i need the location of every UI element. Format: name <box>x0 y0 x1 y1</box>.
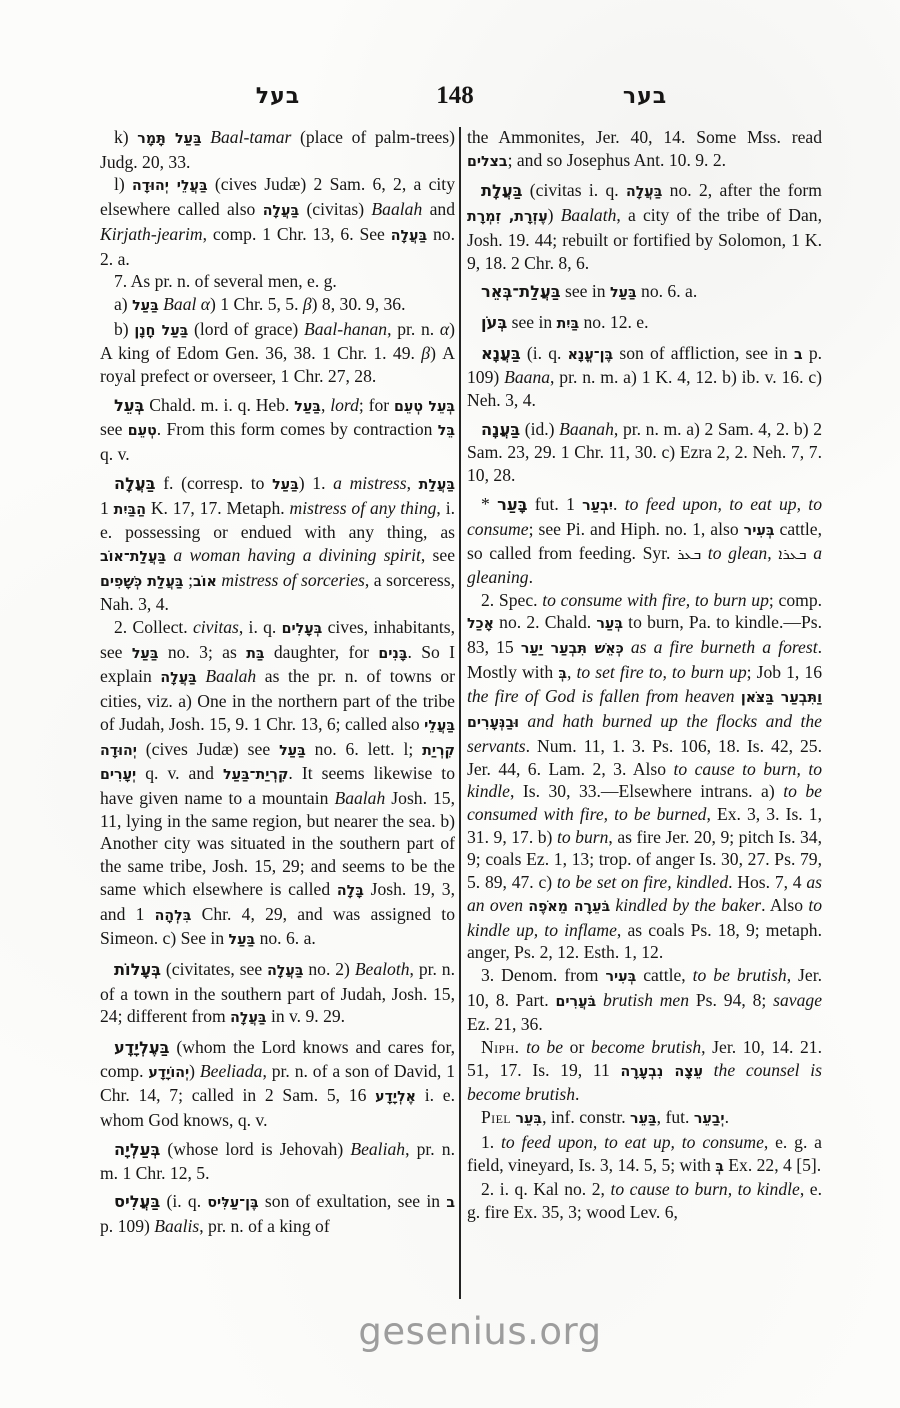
italic-text: Baalah <box>334 788 385 808</box>
paragraph: בַּעֲנָא (i. q. בֶּן־עֳנָא son of afflic… <box>467 342 822 412</box>
paragraph: בַּעֲלִיס (i. q. בֶּן־עַלִּיס son of exu… <box>100 1190 455 1237</box>
column-divider-rule <box>459 127 461 1299</box>
text-segment: Chald. m. i. q. Heb. <box>144 395 294 415</box>
text-segment: no. 2, after the form <box>662 180 822 200</box>
hebrew-headword: בַּעֲנָא <box>481 344 521 363</box>
text-segment: f. (corresp. to <box>156 473 273 493</box>
italic-text: to be set on fire, kindled <box>557 872 728 892</box>
text-segment: ) 1 Chr. 5, 5. <box>210 294 303 314</box>
text-segment: Ps. 94, 8; <box>689 990 773 1010</box>
hebrew-headword: בַּעֲלָת <box>481 181 522 200</box>
text-segment: daughter, for <box>265 642 379 662</box>
hebrew-headword: בָּעַר <box>497 495 527 514</box>
italic-text: to feed upon, to eat up, to consume <box>501 1132 764 1152</box>
text-segment: , comp. 1 Chr. 13, 6. See <box>203 224 391 244</box>
text-segment: see <box>100 419 128 439</box>
hebrew-word: בֵּל <box>438 423 455 439</box>
text-segment: . <box>529 567 533 587</box>
italic-text: Baal <box>159 294 197 314</box>
hebrew-word: כְּאֵשׁ תִּבְעַר יַעַר <box>521 641 624 657</box>
italic-text: Bealoth <box>355 959 410 979</box>
text-segment: , pr. n. of a king of <box>199 1216 329 1236</box>
text-segment: , i. q. <box>239 617 282 637</box>
paragraph: a) בַּעַל Baal α) 1 Chr. 5, 5. β) 8, 30.… <box>100 293 455 318</box>
hebrew-word: בַּעַל <box>610 285 637 301</box>
hebrew-headword: בַּעֲלָה <box>114 474 156 493</box>
paragraph: * בָּעַר fut. יִבְעַר 1. to feed upon, t… <box>467 493 822 589</box>
text-segment: , <box>407 473 419 493</box>
text-segment: 2. Spec. <box>481 590 542 610</box>
text-segment: no. 3; as <box>158 642 246 662</box>
text-segment: 2. i. q. Kal no. 2, <box>481 1179 610 1199</box>
text-segment: 2. Collect. <box>114 617 193 637</box>
text-segment: cattle, <box>636 965 692 985</box>
text-segment: son of exultation, see in <box>259 1191 447 1211</box>
text-segment: l) <box>114 174 132 194</box>
italic-text: Baal-tamar <box>202 127 300 147</box>
paragraph: 3. Denom. from בְּעִיר cattle, to be bru… <box>467 964 822 1036</box>
hebrew-word: בְּעִיר <box>744 523 775 539</box>
hebrew-word: יְבַעֵר <box>694 1111 725 1127</box>
text-segment: ) <box>548 205 561 225</box>
text-segment: no. 2) <box>303 959 354 979</box>
italic-text: Kirjath-jearim <box>100 224 203 244</box>
italic-text: savage <box>773 990 822 1010</box>
hebrew-word: יִבְעַר <box>582 498 613 514</box>
text-segment: (civitas i. q. <box>522 180 625 200</box>
hebrew-word: בַּעֲלָה <box>230 1010 266 1026</box>
italic-text: a mistress <box>333 473 406 493</box>
hebrew-headword: בַּעֶלְיָדָע <box>114 1038 170 1057</box>
italic-text: Bealiah <box>350 1139 405 1159</box>
text-segment: , pr. n. <box>387 319 440 339</box>
text-segment: (i. q. <box>521 343 568 363</box>
italic-text: to burn <box>557 827 608 847</box>
hebrew-word: בַּעֲלַת כְּשָׁפִים <box>100 574 184 590</box>
hebrew-word: בַּעַל <box>132 646 159 662</box>
italic-text: Baal-hanan <box>304 319 387 339</box>
text-segment: ; for <box>359 395 394 415</box>
hebrew-headword: בְּעָלוֹת <box>114 960 161 979</box>
hebrew-word: בַּעַל חָנָן <box>134 323 188 339</box>
text-segment: (whose lord is Jehovah) <box>160 1139 350 1159</box>
hebrew-word: ב <box>794 347 803 363</box>
text-segment: a) <box>114 294 132 314</box>
paragraph: 7. As pr. n. of several men, e. g. <box>100 270 455 293</box>
paragraph: בְּעֹן see in בַּיִת no. 12. e. <box>467 311 822 336</box>
hebrew-word: בַּעֲלָה <box>391 228 427 244</box>
text-segment: . Also <box>761 895 808 915</box>
paragraph: בַּעֲנָה (id.) Baanah, pr. n. m. a) 2 Sa… <box>467 418 822 487</box>
hebrew-headword: בַּעֲלִיס <box>114 1192 160 1211</box>
hebrew-word: בַּת <box>246 646 264 662</box>
text-segment: (cives Judæ) see <box>137 739 279 759</box>
paragraph: k) בַּעַל תָּמָר Baal-tamar (place of pa… <box>100 126 455 173</box>
text-segment: q. v. and <box>136 763 223 783</box>
hebrew-word: בֹּעֵרָה מֵאֹפֶה <box>528 899 610 915</box>
italic-text: lord <box>330 395 359 415</box>
hebrew-word: בְּעִיר <box>605 969 636 985</box>
text-segment: no. 2. Chald. <box>494 612 596 632</box>
text-segment: , see <box>421 545 455 565</box>
text-segment: (id.) <box>520 419 559 439</box>
hebrew-headword: בַּעֲלַת־בְּאֵר <box>481 282 561 301</box>
paragraph: Piel בִּעֵר, inf. constr. בַּעֵר, fut. י… <box>467 1106 822 1131</box>
hebrew-word: בִּלְהָה <box>155 908 192 924</box>
italic-text: Baalah <box>371 199 422 219</box>
text-segment: ) 8, 30. 9, 36. <box>312 294 406 314</box>
paragraph: בְּעָלוֹת (civitates, see בַּעֲלָה no. 2… <box>100 958 455 1030</box>
text-segment: (civitas) <box>299 199 371 219</box>
paragraph: 2. i. q. Kal no. 2, to cause to burn, to… <box>467 1178 822 1223</box>
hebrew-word: ב <box>446 1195 455 1211</box>
hebrew-word: בִּעֵר <box>515 1111 542 1127</box>
text-segment: , Is. 30, 33.—Elsewhere intrans. a) <box>510 781 783 801</box>
italic-text: civitas <box>193 617 239 637</box>
paragraph: 2. Collect. civitas, i. q. בְּעָלִים civ… <box>100 616 455 952</box>
hebrew-word: בַּעֲלָה <box>160 670 196 686</box>
hebrew-word: בַּעֲלָה <box>626 184 662 200</box>
text-segment: , inf. constr. <box>542 1107 630 1127</box>
italic-text: Baalah <box>197 666 256 686</box>
paragraph: b) בַּעַל חָנָן (lord of grace) Baal-han… <box>100 318 455 388</box>
hebrew-word: בְּ <box>715 1159 724 1175</box>
text-segment: no. 12. e. <box>579 312 648 332</box>
italic-text: to cause to burn, to kindle <box>610 1179 799 1199</box>
text-segment: Ex. 22, 4 [5]. <box>724 1155 821 1175</box>
text-segment: . <box>725 1107 729 1127</box>
italic-text: Beeliada <box>200 1061 263 1081</box>
italic-text: to be brutish <box>693 965 787 985</box>
italic-text: mistress of sorceries <box>217 570 365 590</box>
hebrew-word: בָּלָה <box>337 883 364 899</box>
hebrew-headword: בְּעַלְיָה <box>114 1140 160 1159</box>
hebrew-word: אֶלְיָדָע <box>375 1089 416 1105</box>
syriac-word: ܒܥܪ <box>677 545 701 563</box>
hebrew-headword: בְּעֹן <box>481 313 507 332</box>
text-segment: , fut. <box>657 1107 694 1127</box>
text-segment: , <box>321 395 330 415</box>
hebrew-word: עֶזְרָת, זִמְרָת <box>467 209 548 225</box>
text-column-left: k) בַּעַל תָּמָר Baal-tamar (place of pa… <box>100 126 455 1304</box>
text-segment: ; comp. <box>769 590 822 610</box>
paragraph: l) בַּעֲלֵי יְהוּדָה (cives Judæ) 2 Sam.… <box>100 173 455 270</box>
italic-text: to glean, <box>701 543 778 563</box>
hebrew-word: בַּעַל <box>294 399 321 415</box>
text-segment: son of affliction, see in <box>613 343 794 363</box>
italic-text: Baana <box>504 367 550 387</box>
paragraph: the Ammonites, Jer. 40, 14. Some Mss. re… <box>467 126 822 173</box>
paragraph: בַּעֶלְיָדָע (whom the Lord knows and ca… <box>100 1036 455 1132</box>
text-segment: q. v. <box>100 444 130 464</box>
text-segment: ) 1. <box>299 473 333 493</box>
italic-text: Baanah <box>559 419 614 439</box>
text-segment: 3. Denom. from <box>481 965 605 985</box>
text-segment: k) <box>114 127 137 147</box>
italic-text: brutish men <box>596 990 689 1010</box>
text-segment: ; Job 1, 16 <box>747 662 822 682</box>
text-segment: see in <box>507 312 556 332</box>
paragraph: בְּעַלְיָה (whose lord is Jehovah) Beali… <box>100 1138 455 1184</box>
text-segment: ; <box>184 570 193 590</box>
italic-text: become brutish <box>591 1037 701 1057</box>
text-segment: Ez. 21, 36. <box>467 1014 543 1034</box>
paragraph: בְּעֵל Chald. m. i. q. Heb. בַּעַל, lord… <box>100 394 455 466</box>
italic-text: Baalath <box>561 205 617 225</box>
italic-text: α <box>201 294 210 314</box>
hebrew-word: בַּעֲלַת־אוֹב <box>100 549 166 565</box>
hebrew-word: בַּעַל תָּמָר <box>137 131 201 147</box>
text-segment: fut. <box>528 494 567 514</box>
text-segment: (civitates, see <box>161 959 267 979</box>
text-segment: or <box>563 1037 591 1057</box>
hebrew-word: בֹּעֲרִים <box>555 994 596 1010</box>
paragraph: Niph. to be or become brutish, Jer. 10, … <box>467 1036 822 1106</box>
text-segment: * <box>481 494 497 514</box>
text-segment: see in <box>561 281 610 301</box>
paragraph: 2. Spec. to consume with fire, to burn u… <box>467 589 822 964</box>
text-segment: ) <box>189 1061 200 1081</box>
hebrew-headword: בַּעֲנָה <box>481 420 520 439</box>
text-segment: no. 6. a. <box>255 928 316 948</box>
hebrew-word: בַּעַל <box>132 298 159 314</box>
grammar-form-label: Piel <box>481 1107 511 1127</box>
header-keyword-right: בער <box>467 84 823 110</box>
text-segment: (lord of grace) <box>188 319 304 339</box>
hebrew-word: בַּעֲלָה <box>263 203 299 219</box>
text-segment: ; and so Josephus Ant. 10. 9. 2. <box>508 150 726 170</box>
grammar-form-label: Niph. <box>481 1037 519 1057</box>
syriac-word: ܒܥܪܐ <box>778 545 806 563</box>
italic-text: β <box>303 294 312 314</box>
italic-text: the fire of God is fallen from heaven <box>467 686 735 706</box>
hebrew-word: טְעֵם <box>128 423 157 439</box>
hebrew-word: בָּנִים <box>378 646 407 662</box>
text-segment: no. 6. a. <box>637 281 698 301</box>
hebrew-word: בַּעַל <box>279 743 306 759</box>
italic-text: β <box>421 343 430 363</box>
hebrew-word: בַּעַל <box>272 477 299 493</box>
hebrew-headword: בְּעֵל <box>114 396 144 415</box>
hebrew-word: יְהוֹיָדָע <box>148 1065 189 1081</box>
text-column-right: the Ammonites, Jer. 40, 14. Some Mss. re… <box>467 126 822 1304</box>
text-segment: 1. <box>481 1132 501 1152</box>
paragraph: בַּעֲלָה f. (corresp. to בַּעַל) 1. a mi… <box>100 472 455 616</box>
text-segment: . <box>575 1084 579 1104</box>
text-segment: no. 6. lett. l; <box>306 739 422 759</box>
hebrew-word: אָכַל <box>467 616 494 632</box>
italic-text: to consume with fire, to burn up <box>542 590 769 610</box>
hebrew-word: עֵצָה נִבְעָרָה <box>620 1064 702 1080</box>
text-segment: in v. 9. 29. <box>267 1006 346 1026</box>
text-segment: . From this form comes by contraction <box>157 419 438 439</box>
text-segment: . Hos. 7, 4 <box>728 872 806 892</box>
watermark-text: gesenius.org <box>30 1312 900 1352</box>
lexicon-scan-page: בעל 148 בער k) בַּעַל תָּמָר Baal-tamar … <box>0 0 900 1408</box>
hebrew-word: בַּעֵר <box>630 1111 657 1127</box>
hebrew-word: קִרְיַת־בַּעַל <box>223 767 288 783</box>
paragraph: בַּעֲלָת (civitas i. q. בַּעֲלָה no. 2, … <box>467 179 822 274</box>
hebrew-word: אוֹב <box>193 574 217 590</box>
hebrew-word: בְּ <box>558 666 567 682</box>
italic-text: a woman having a divining spirit <box>166 545 421 565</box>
text-segment: 7. As pr. n. of several men, e. g. <box>114 271 337 291</box>
hebrew-word: בְּעֵל טְעֵם <box>394 399 455 415</box>
text-segment: and <box>422 199 455 219</box>
italic-text: as a fire burneth a forest <box>624 637 818 657</box>
hebrew-word: בַּיִת <box>557 316 580 332</box>
hebrew-word: בצלים <box>467 154 508 170</box>
italic-text: Baalis <box>154 1216 199 1236</box>
text-segment: (i. q. <box>160 1191 207 1211</box>
hebrew-word: בְּעַר <box>596 616 623 632</box>
hebrew-word: בֶּן־עַלִּיס <box>207 1195 258 1211</box>
hebrew-word: בַּעֲלָה <box>267 963 303 979</box>
italic-text: kindled by the baker <box>610 895 761 915</box>
text-segment: the Ammonites, Jer. 40, 14. Some Mss. re… <box>467 127 822 147</box>
italic-text: to be <box>526 1037 563 1057</box>
italic-text: mistress of any thing <box>290 498 437 518</box>
paragraph: בַּעֲלַת־בְּאֵר see in בַּעַל no. 6. a. <box>467 280 822 305</box>
text-segment: b) <box>114 319 134 339</box>
italic-text: to set fire to, to burn up <box>576 662 746 682</box>
hebrew-word: בַּעֲלֵי יְהוּדָה <box>132 178 208 194</box>
hebrew-word: בַּעַל <box>229 932 256 948</box>
paragraph: 1. to feed upon, to eat up, to consume, … <box>467 1131 822 1178</box>
italic-text: α <box>440 319 449 339</box>
text-segment: ; see Pi. and Hiph. no. 1, also <box>529 519 744 539</box>
hebrew-word: בֶּן־עֳנָא <box>568 347 614 363</box>
text-segment: p. 109) <box>100 1216 154 1236</box>
hebrew-word: בְּעָלִים <box>282 621 323 637</box>
